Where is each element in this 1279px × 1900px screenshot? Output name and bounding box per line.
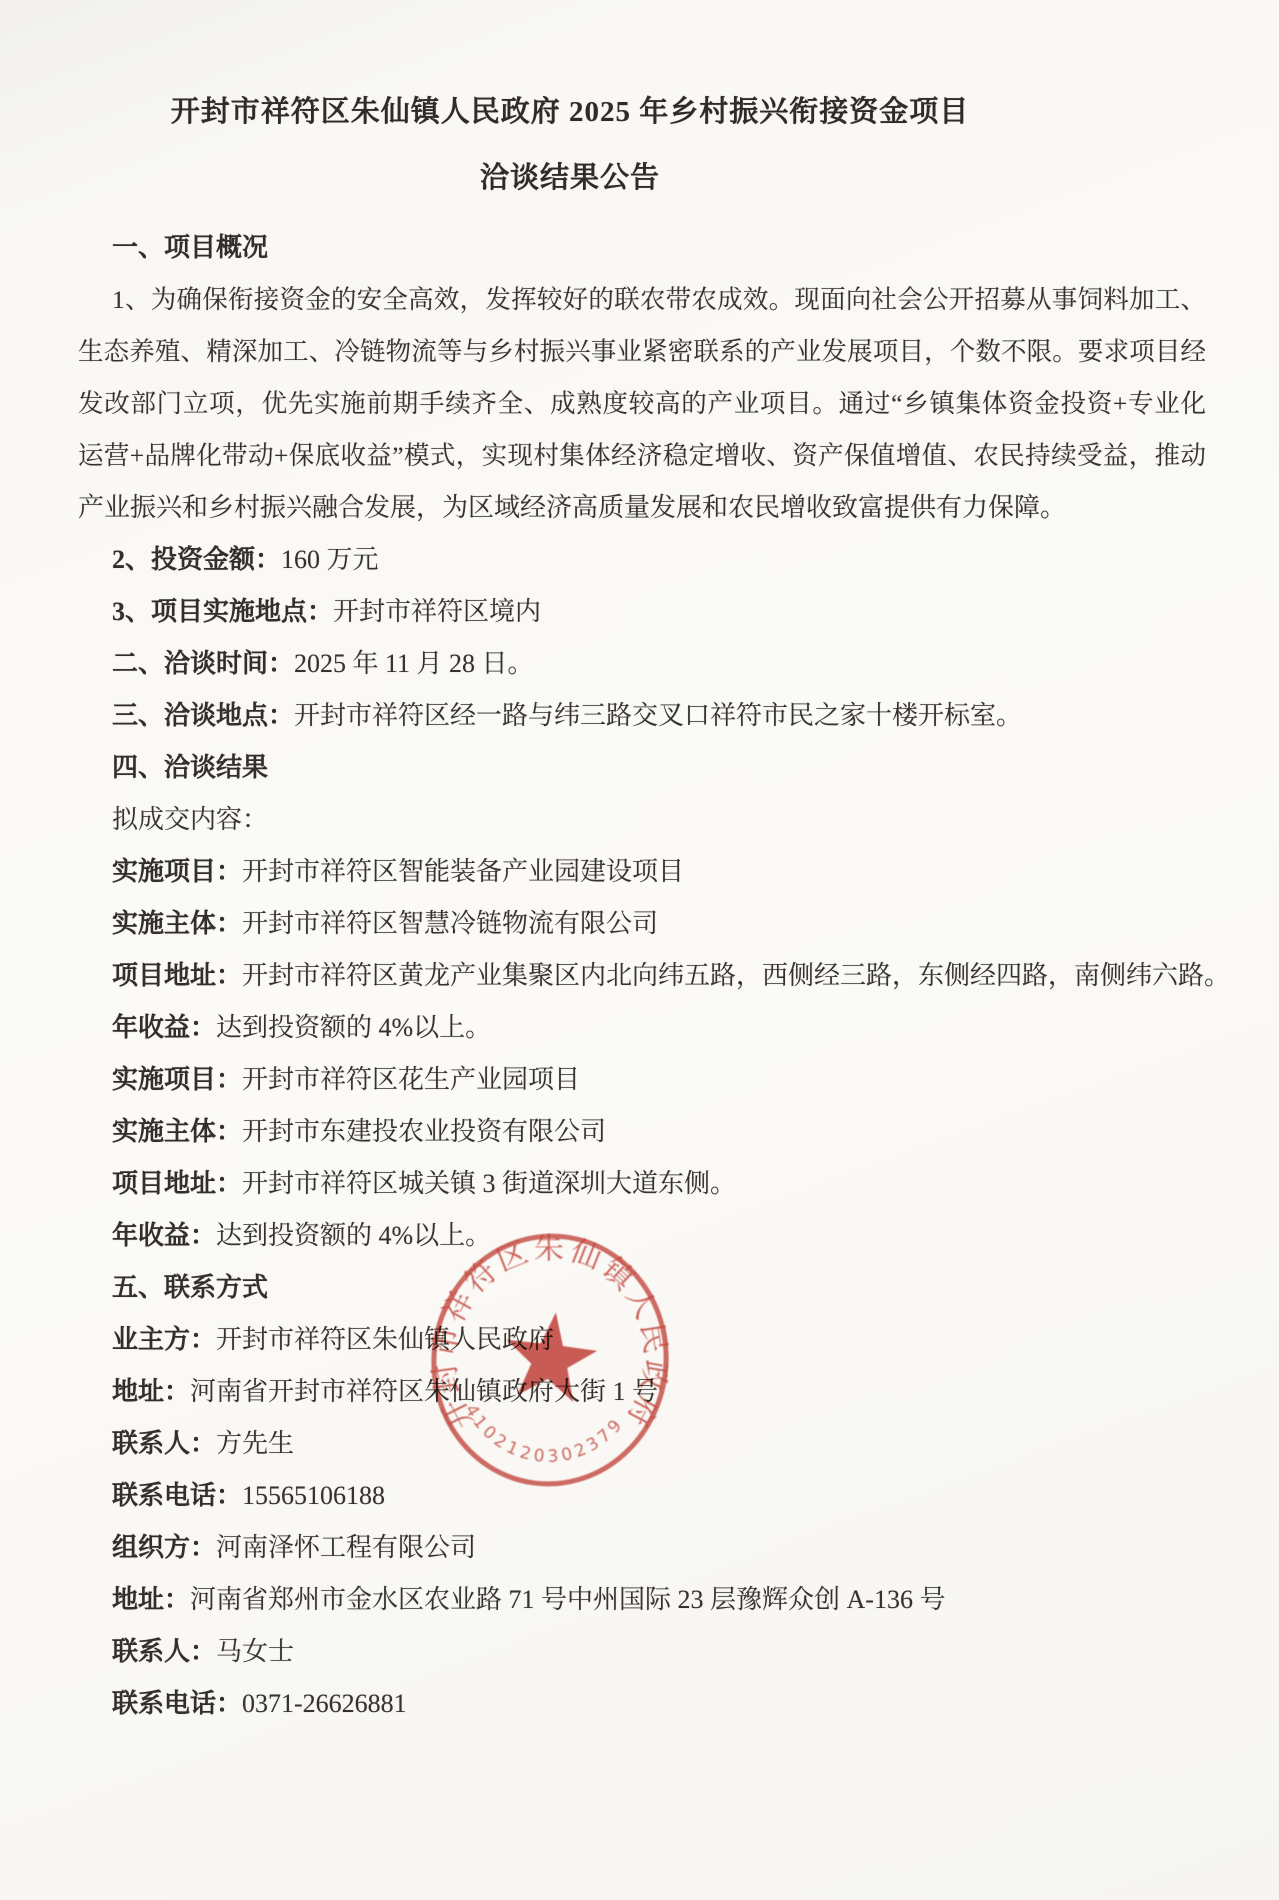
official-red-stamp: 开封市祥符区朱仙镇人民政府 4102120302379 [424, 1226, 676, 1494]
section4-intro: 拟成交内容： [78, 794, 1206, 846]
section4-heading: 四、洽谈结果 [78, 742, 1206, 794]
section1-heading: 一、项目概况 [78, 222, 1206, 274]
project1-address: 项目地址：开封市祥符区黄龙产业集聚区内北向纬五路，西侧经三路，东侧经四路，南侧纬… [78, 950, 1206, 1002]
document-body: 一、项目概况 1、为确保衔接资金的安全高效，发挥较好的联农带农成效。现面向社会公… [78, 222, 1206, 1730]
paragraph-line: 生态养殖、精深加工、冷链物流等与乡村振兴事业紧密联系的产业发展项目，个数不限。要… [78, 326, 1206, 378]
contact-organizer: 组织方：河南泽怀工程有限公司 [78, 1522, 1206, 1574]
contact-organizer-address: 地址：河南省郑州市金水区农业路 71 号中州国际 23 层豫辉众创 A-136 … [78, 1574, 1206, 1626]
project2-name: 实施项目：开封市祥符区花生产业园项目 [78, 1054, 1206, 1106]
project2-address: 项目地址：开封市祥符区城关镇 3 街道深圳大道东侧。 [78, 1158, 1206, 1210]
scanned-document-page: 开封市祥符区朱仙镇人民政府 2025 年乡村振兴衔接资金项目 洽谈结果公告 一、… [0, 0, 1279, 1900]
contact-organizer-person: 联系人：马女士 [78, 1626, 1206, 1678]
paragraph-line: 1、为确保衔接资金的安全高效，发挥较好的联农带农成效。现面向社会公开招募从事饲料… [78, 274, 1206, 326]
paragraph-line: 产业振兴和乡村振兴融合发展，为区域经济高质量发展和农民增收致富提供有力保障。 [78, 482, 1206, 534]
project1-entity: 实施主体：开封市祥符区智慧冷链物流有限公司 [78, 898, 1206, 950]
project2-entity: 实施主体：开封市东建投农业投资有限公司 [78, 1106, 1206, 1158]
section3-negotiation-place: 三、洽谈地点：开封市祥符区经一路与纬三路交叉口祥符市民之家十楼开标室。 [78, 690, 1206, 742]
stamp-star-icon [500, 1307, 601, 1404]
project1-name: 实施项目：开封市祥符区智能装备产业园建设项目 [78, 846, 1206, 898]
document-title: 开封市祥符区朱仙镇人民政府 2025 年乡村振兴衔接资金项目 洽谈结果公告 [0, 86, 1140, 204]
section2-negotiation-time: 二、洽谈时间：2025 年 11 月 28 日。 [78, 638, 1206, 690]
stamp-code: 4102120302379 [455, 1395, 630, 1477]
paragraph-line: 发改部门立项，优先实施前期手续齐全、成熟度较高的产业项目。通过“乡镇集体资金投资… [78, 378, 1206, 430]
paragraph-line: 运营+品牌化带动+保底收益”模式，实现村集体经济稳定增收、资产保值增值、农民持续… [78, 430, 1206, 482]
title-line-1: 开封市祥符区朱仙镇人民政府 2025 年乡村振兴衔接资金项目 [0, 86, 1140, 138]
contact-organizer-phone: 联系电话：0371-26626881 [78, 1678, 1206, 1730]
project1-yield: 年收益：达到投资额的 4%以上。 [78, 1002, 1206, 1054]
item-investment-amount: 2、投资金额：160 万元 [78, 534, 1206, 586]
item-project-location: 3、项目实施地点：开封市祥符区境内 [78, 586, 1206, 638]
title-line-2: 洽谈结果公告 [0, 152, 1140, 204]
